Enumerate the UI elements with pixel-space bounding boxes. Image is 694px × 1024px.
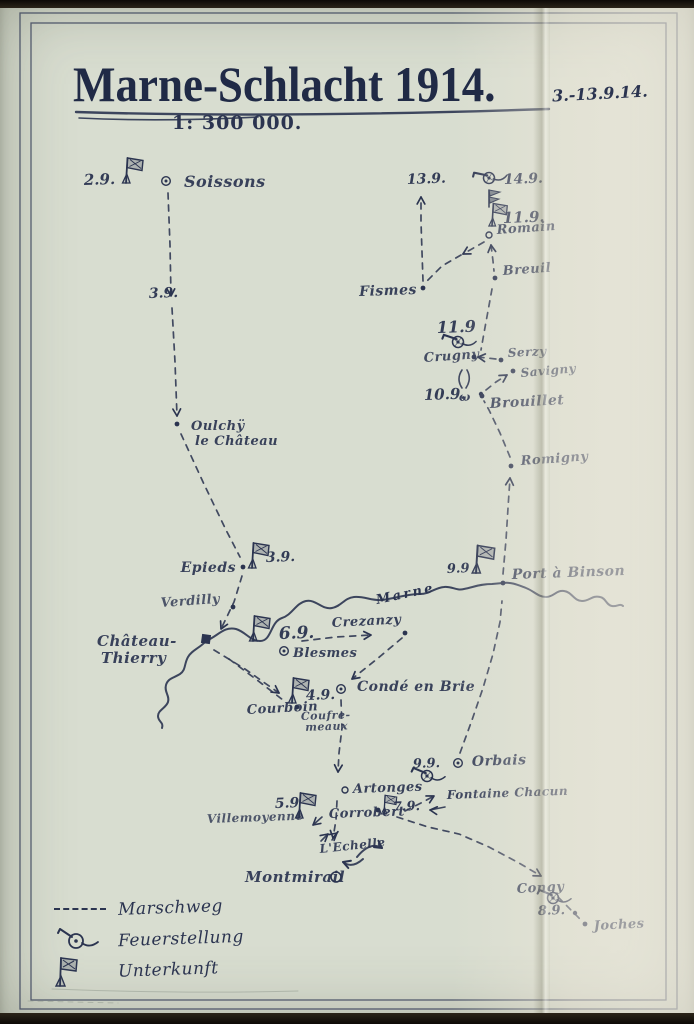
place-label-l-echelle: L'Echelle xyxy=(318,835,386,856)
date-label: ω xyxy=(459,390,471,404)
date-label: 7.9. xyxy=(393,799,421,815)
date-label: 3.9. xyxy=(149,285,179,302)
place-label-blesmes: Blesmes xyxy=(292,646,358,661)
place-label-oulchy-le-ch-teau: Oulchÿle Château xyxy=(191,419,278,449)
river-label: Marne xyxy=(374,581,437,608)
page-title: Marne-Schlacht 1914. xyxy=(73,56,495,113)
date-label: 9.9. xyxy=(413,756,441,772)
date-label: 11.9 xyxy=(436,317,476,337)
dashed-line-icon xyxy=(54,906,118,910)
place-label-fismes: Fismes xyxy=(358,282,417,300)
place-label-serzy: Serzy xyxy=(507,344,547,360)
march-route xyxy=(221,576,242,629)
place-marker-epieds xyxy=(241,565,246,570)
date-label: 8.9. xyxy=(538,903,566,919)
place-marker-fismes xyxy=(421,286,426,291)
legend-row-feuerstellung: Feuerstellung xyxy=(54,923,244,954)
date-label: 13.9. xyxy=(407,171,447,188)
place-label-orbais: Orbais xyxy=(472,752,527,770)
date-label: 9.9 xyxy=(447,561,470,577)
place-label-romigny: Romigny xyxy=(519,449,590,469)
march-route xyxy=(352,638,402,679)
place-label-crugny: Crugny xyxy=(423,347,481,366)
legend-row-unterkunft: Unterkunft xyxy=(54,954,244,985)
place-label-fontaine-chacun: Fontaine Chacun xyxy=(446,784,569,802)
cannon-icon xyxy=(54,924,118,954)
march-route xyxy=(481,289,492,350)
place-marker-brouillet xyxy=(480,394,485,399)
legend-label: Feuerstellung xyxy=(118,926,244,950)
place-marker-soissons xyxy=(162,177,171,186)
map-drawing: MarneSoissonsOulchÿle ChâteauEpiedsVerdi… xyxy=(0,0,694,1024)
paper: MarneSoissonsOulchÿle ChâteauEpiedsVerdi… xyxy=(0,0,694,1024)
place-marker-verdilly xyxy=(231,605,236,610)
date-label: 2.9. xyxy=(83,170,116,189)
place-label-soissons: Soissons xyxy=(184,172,266,191)
date-label: 5.9 xyxy=(275,795,300,812)
place-label-crezanzy: Crezanzy xyxy=(331,612,402,631)
pencil-dashes xyxy=(28,1001,118,1003)
place-label-savigny: Savigny xyxy=(520,361,577,380)
place-label-port-binson: Port à Binson xyxy=(511,563,626,583)
place-label-artonges: Artonges xyxy=(351,780,423,798)
march-route xyxy=(486,375,507,390)
date-label: 4.9. xyxy=(306,687,336,704)
flag-icon xyxy=(123,158,144,183)
place-label-montmirail: Montmirail xyxy=(244,868,345,886)
march-route xyxy=(214,650,279,693)
march-route xyxy=(421,197,423,281)
flag-icon xyxy=(472,546,495,574)
flag-icon xyxy=(54,952,118,988)
place-marker-serzy xyxy=(499,358,504,363)
march-route xyxy=(168,193,171,296)
place-marker-blesmes xyxy=(280,647,289,656)
place-label-brouillet: Brouillet xyxy=(488,392,564,412)
place-marker-savigny xyxy=(511,369,516,374)
legend-label: Marschweg xyxy=(118,896,223,920)
doodle-arc-right xyxy=(466,370,469,388)
ink-dot xyxy=(573,911,577,915)
place-marker-cond-en-brie xyxy=(337,685,346,694)
place-marker-ch-teau-thierry xyxy=(201,634,211,644)
border-frame-outer xyxy=(20,13,677,1009)
pencil-line xyxy=(52,989,298,992)
place-marker-artonges xyxy=(342,787,348,793)
photo-edge-top xyxy=(0,0,694,8)
place-label-breuil: Breuil xyxy=(501,261,551,279)
march-route xyxy=(172,308,177,416)
date-label: 11.9. xyxy=(503,208,545,227)
legend: Marschweg Feuerstellung xyxy=(54,892,244,985)
route-arrowhead xyxy=(430,807,437,815)
place-marker-port-binson xyxy=(501,581,506,586)
map-scale: 1: 300 000. xyxy=(172,112,302,134)
date-label: 14.9. xyxy=(504,171,544,188)
place-label-cond-en-brie: Condé en Brie xyxy=(357,679,475,695)
place-label-joches: Joches xyxy=(590,916,645,934)
place-label-epieds: Epieds xyxy=(180,560,236,576)
place-marker-joches xyxy=(583,922,588,927)
legend-label: Unterkunft xyxy=(118,958,219,981)
cannon-icon xyxy=(472,165,508,188)
map-canvas: MarneSoissonsOulchÿle ChâteauEpiedsVerdi… xyxy=(0,0,694,1024)
place-label-coufre-meaux: Coufre-meaux xyxy=(301,708,351,734)
place-label-verdilly: Verdilly xyxy=(160,592,221,611)
place-marker-romain xyxy=(486,232,492,238)
place-marker-crezanzy xyxy=(403,631,408,636)
place-marker-orbais xyxy=(454,759,463,768)
march-route xyxy=(503,478,510,574)
march-route xyxy=(181,434,240,557)
legend-row-marschweg: Marschweg xyxy=(54,892,244,923)
place-marker-oulchy-le-ch-teau xyxy=(175,422,180,427)
map-photo: MarneSoissonsOulchÿle ChâteauEpiedsVerdi… xyxy=(0,0,694,1024)
place-label-ch-teau-thierry: Château-Thierry xyxy=(97,632,177,667)
march-route xyxy=(427,255,461,281)
place-label-congy: Congy xyxy=(516,879,565,897)
date-label: 6.9. xyxy=(278,623,314,644)
march-route xyxy=(460,601,502,753)
place-marker-romigny xyxy=(509,464,514,469)
place-marker-breuil xyxy=(493,276,498,281)
march-route xyxy=(397,817,541,876)
date-label: 3.9. xyxy=(266,549,296,566)
photo-edge-bottom xyxy=(0,1013,694,1024)
